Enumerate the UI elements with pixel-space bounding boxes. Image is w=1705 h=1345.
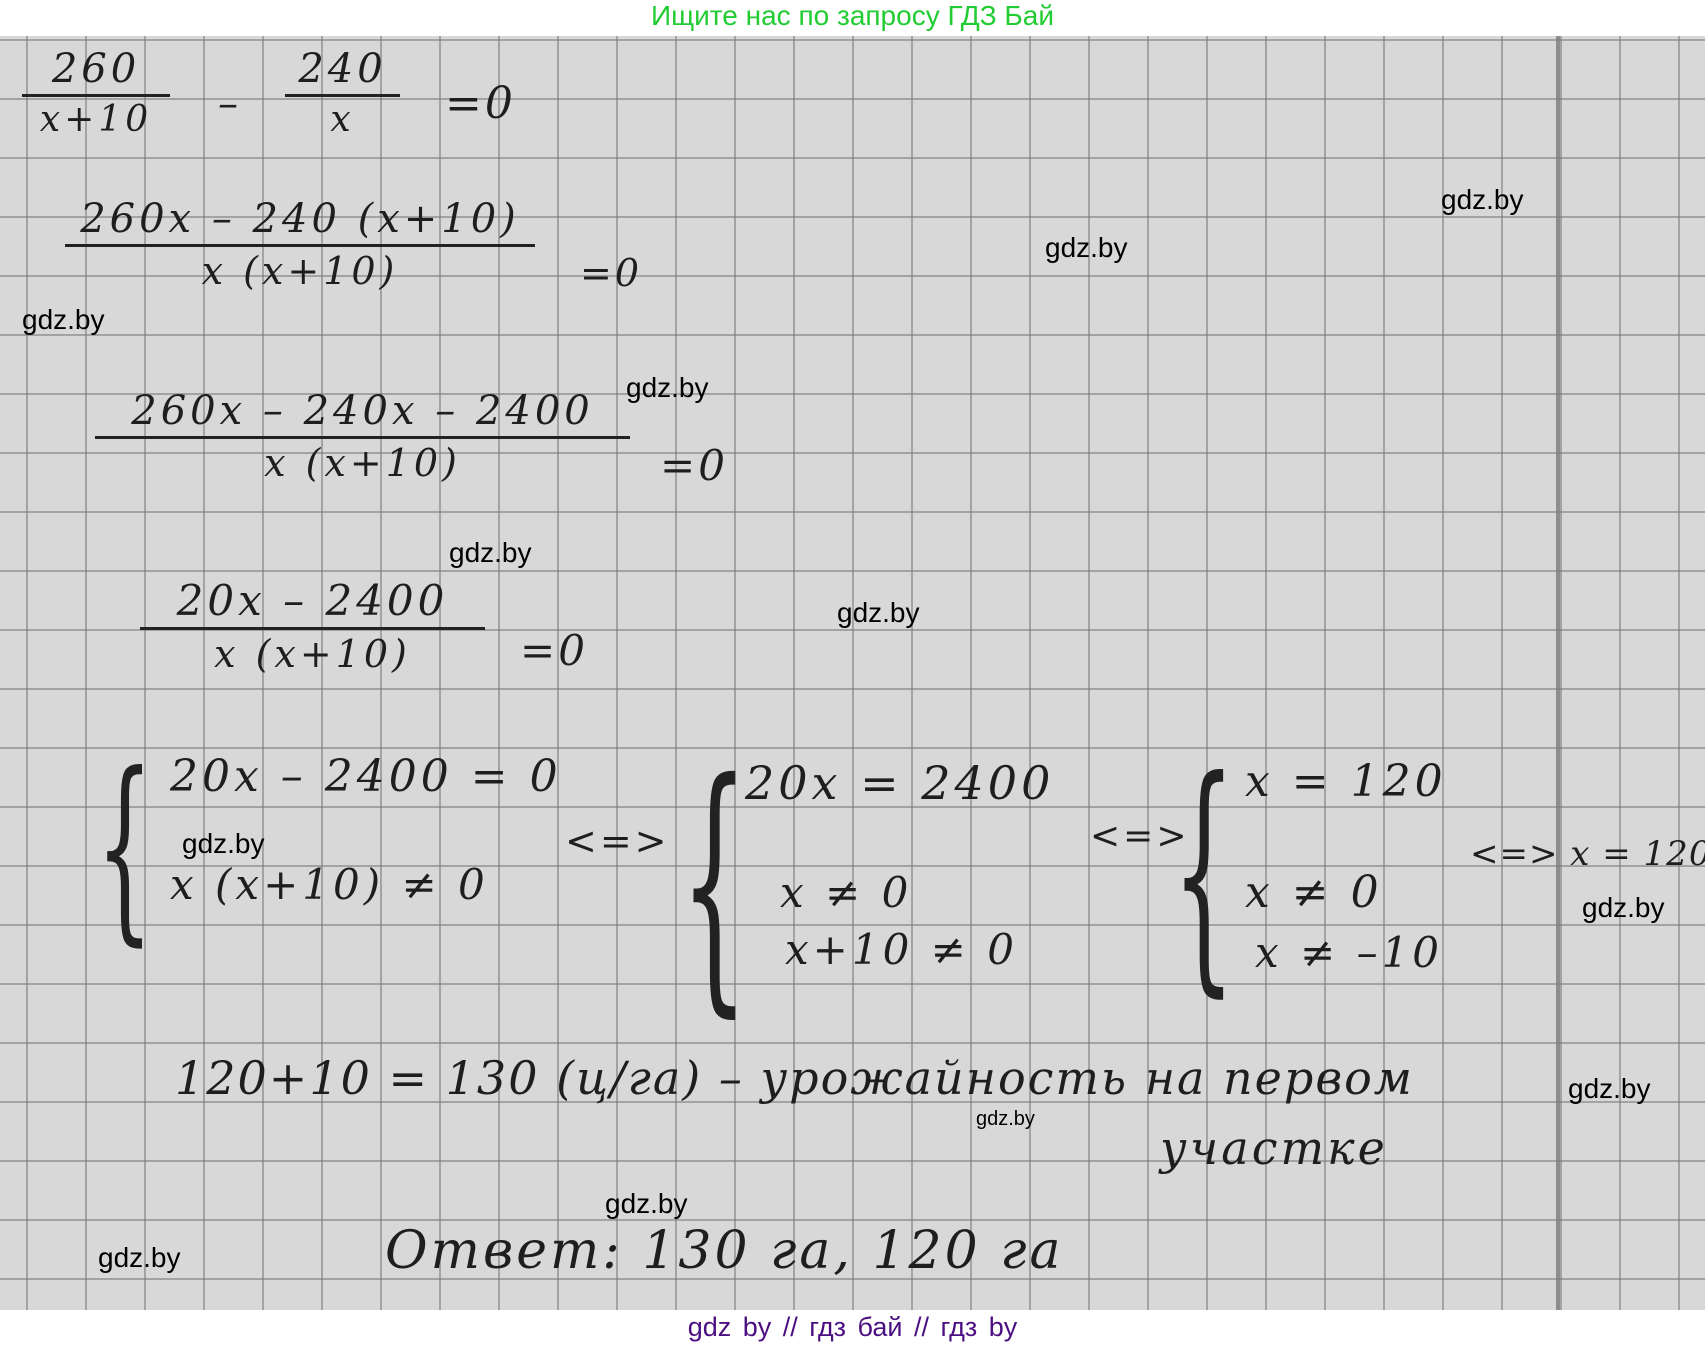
system-line: x ≠ 0 bbox=[1245, 867, 1447, 918]
system-line: x ≠ –10 bbox=[1255, 928, 1447, 977]
system-2: 20x = 2400 x ≠ 0 x+10 ≠ 0 bbox=[745, 756, 1054, 974]
system-line: 20x = 2400 bbox=[745, 756, 1054, 810]
minus-sign: – bbox=[218, 81, 241, 127]
system-brace: { bbox=[680, 748, 749, 1018]
watermark: gdz.by bbox=[837, 597, 920, 629]
denominator: x (x+10) bbox=[65, 249, 535, 293]
computation-continuation: участке bbox=[1160, 1121, 1388, 1175]
numerator: 20x – 2400 bbox=[140, 576, 485, 625]
watermark: gdz.by bbox=[1045, 232, 1128, 264]
watermark: gdz.by bbox=[1568, 1073, 1651, 1105]
system-line: x = 120 bbox=[1245, 756, 1447, 807]
fraction-bar bbox=[140, 627, 485, 630]
system-brace: { bbox=[96, 748, 153, 948]
equivalence-arrow: <=> bbox=[565, 819, 670, 863]
fraction-step4: 20x – 2400 x (x+10) bbox=[140, 576, 485, 676]
bottom-banner: gdz by // гдз бай // гдз by bbox=[0, 1310, 1705, 1345]
numerator: 260x – 240x – 2400 bbox=[95, 388, 630, 434]
denominator: x+10 bbox=[22, 99, 170, 140]
top-banner: Ищите нас по запросу ГДЗ Бай bbox=[0, 0, 1705, 36]
numerator: 260x – 240 (x+10) bbox=[65, 196, 535, 242]
equals-zero: =0 bbox=[445, 78, 516, 129]
watermark: gdz.by bbox=[976, 1108, 1035, 1131]
fraction-bar bbox=[22, 94, 170, 97]
watermark: gdz.by bbox=[1441, 184, 1524, 216]
equals-zero: =0 bbox=[520, 626, 588, 675]
fraction-bar bbox=[95, 436, 630, 439]
system-line: x ≠ 0 bbox=[780, 868, 1054, 917]
system-line: 20x – 2400 = 0 bbox=[170, 751, 562, 802]
numerator: 240 bbox=[285, 46, 400, 92]
denominator: x bbox=[285, 99, 400, 140]
fraction-bar bbox=[65, 244, 535, 247]
watermark: gdz.by bbox=[626, 372, 709, 404]
answer-line: Ответ: 130 га, 120 га bbox=[385, 1221, 1064, 1281]
system-line: x (x+10) ≠ 0 bbox=[170, 860, 562, 909]
watermark: gdz.by bbox=[449, 537, 532, 569]
equals-zero: =0 bbox=[660, 441, 728, 490]
watermark: gdz.by bbox=[98, 1242, 181, 1274]
final-result: <=> x = 120 bbox=[1470, 834, 1705, 874]
system-line: x+10 ≠ 0 bbox=[785, 925, 1054, 974]
fraction-260-over-x-plus-10: 260 x+10 bbox=[22, 46, 170, 140]
computation-line: 120+10 = 130 (ц/га) – урожайность на пер… bbox=[175, 1051, 1414, 1105]
fraction-240-over-x: 240 x bbox=[285, 46, 400, 140]
denominator: x (x+10) bbox=[140, 632, 485, 676]
system-brace: { bbox=[1172, 748, 1236, 998]
fraction-step3: 260x – 240x – 2400 x (x+10) bbox=[95, 388, 630, 485]
system-3: x = 120 x ≠ 0 x ≠ –10 bbox=[1245, 756, 1447, 977]
watermark: gdz.by bbox=[605, 1188, 688, 1220]
notebook-page: 260 x+10 – 240 x =0 260x – 240 (x+10) x … bbox=[0, 36, 1705, 1310]
fraction-step2: 260x – 240 (x+10) x (x+10) bbox=[65, 196, 535, 293]
fraction-bar bbox=[285, 94, 400, 97]
watermark: gdz.by bbox=[182, 828, 265, 860]
denominator: x (x+10) bbox=[95, 441, 630, 485]
numerator: 260 bbox=[22, 46, 170, 92]
equals-zero: =0 bbox=[580, 251, 642, 295]
watermark: gdz.by bbox=[1582, 892, 1665, 924]
watermark: gdz.by bbox=[22, 304, 105, 336]
margin-line bbox=[1556, 36, 1560, 1310]
